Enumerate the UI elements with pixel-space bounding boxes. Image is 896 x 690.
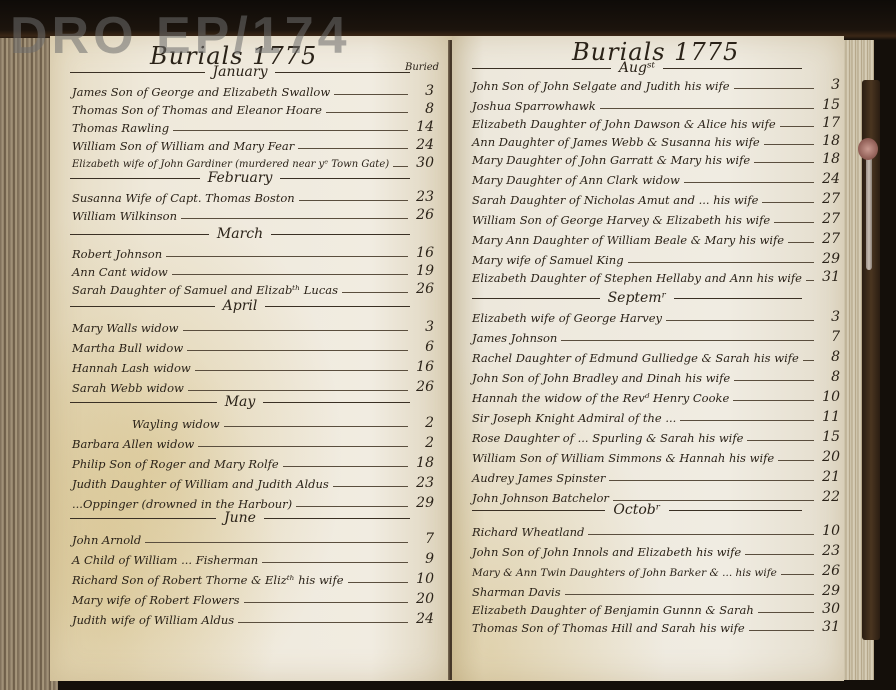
month-heading-june: June: [70, 510, 410, 526]
burial-entry: William Son of William and Mary Fear24: [72, 138, 434, 152]
burial-entry: John Arnold7: [72, 532, 434, 546]
right-page: Burials 1775 Augˢᵗ John Son of John Selg…: [452, 36, 844, 681]
burial-entry: Hannah Lash widow16: [72, 360, 434, 374]
burial-entry: James Son of George and Elizabeth Swallo…: [72, 84, 434, 98]
bookmark-ribbon: [866, 150, 872, 270]
buried-column-header: Buried: [405, 62, 439, 73]
burial-entry: Hannah the widow of the Revᵈ Henry Cooke…: [472, 390, 840, 404]
burial-entry: Judith wife of William Aldus24: [72, 612, 434, 626]
burial-entry: Audrey James Spinster21: [472, 470, 840, 484]
burial-entry: Judith Daughter of William and Judith Al…: [72, 476, 434, 490]
month-heading-august: Augˢᵗ: [472, 60, 802, 76]
burial-entry: Mary wife of Samuel King29: [472, 252, 840, 266]
burial-entry: William Wilkinson26: [72, 208, 434, 222]
burial-entry: James Johnson7: [472, 330, 840, 344]
burial-entry: Sarah Daughter of Nicholas Amut and ... …: [472, 192, 840, 206]
burial-entry: John Son of John Innols and Elizabeth hi…: [472, 544, 840, 558]
open-register-book: Burials 1775 Buried January James Son of…: [0, 0, 896, 690]
month-heading-march: March: [70, 226, 410, 242]
left-page: Burials 1775 Buried January James Son of…: [50, 36, 452, 681]
ribbon-knot: [858, 138, 878, 160]
burial-entry: Ann Daughter of James Webb & Susanna his…: [472, 134, 840, 148]
month-heading-april: April: [70, 298, 410, 314]
archive-reference-watermark: DRO EP/174: [10, 6, 351, 66]
burial-entry: Thomas Son of Thomas and Eleanor Hoare8: [72, 102, 434, 116]
burial-entry: Wayling widow2: [72, 416, 434, 430]
burial-entry: Rachel Daughter of Edmund Gulliedge & Sa…: [472, 350, 840, 364]
month-heading-september: Septemʳ: [472, 290, 802, 306]
month-heading-february: February: [70, 170, 410, 186]
burial-entry: William Son of George Harvey & Elizabeth…: [472, 212, 840, 226]
burial-entry: John Son of John Selgate and Judith his …: [472, 78, 840, 92]
burial-entry: Rose Daughter of ... Spurling & Sarah hi…: [472, 430, 840, 444]
burial-entry: Sarah Webb widow26: [72, 380, 434, 394]
burial-entry: Martha Bull widow6: [72, 340, 434, 354]
burial-entry: Elizabeth Daughter of John Dawson & Alic…: [472, 116, 840, 130]
burial-entry: Richard Wheatland10: [472, 524, 840, 538]
burial-entry: John Son of John Bradley and Dinah his w…: [472, 370, 840, 384]
burial-entry: Philip Son of Roger and Mary Rolfe18: [72, 456, 434, 470]
burial-entry: Mary Daughter of John Garratt & Mary his…: [472, 152, 840, 166]
burial-entry: Elizabeth wife of George Harvey3: [472, 310, 840, 324]
burial-entry: Joshua Sparrowhawk15: [472, 98, 840, 112]
burial-entry: Sharman Davis29: [472, 584, 840, 598]
burial-entry: Mary & Ann Twin Daughters of John Barker…: [472, 564, 840, 578]
burial-entry: Elizabeth Daughter of Benjamin Gunnn & S…: [472, 602, 840, 616]
month-heading-october: Octobʳ: [472, 502, 802, 518]
burial-entry: Robert Johnson16: [72, 246, 434, 260]
burial-entry: Elizabeth Daughter of Stephen Hellaby an…: [472, 270, 840, 284]
burial-entry: William Son of William Simmons & Hannah …: [472, 450, 840, 464]
burial-entry: A Child of William ... Fisherman9: [72, 552, 434, 566]
burial-entry: Thomas Son of Thomas Hill and Sarah his …: [472, 620, 840, 634]
burial-entry: Sarah Daughter of Samuel and Elizabᵗʰ Lu…: [72, 282, 434, 296]
month-heading-may: May: [70, 394, 410, 410]
burial-entry: Susanna Wife of Capt. Thomas Boston23: [72, 190, 434, 204]
burial-entry: Richard Son of Robert Thorne & Elizᵗʰ hi…: [72, 572, 434, 586]
burial-entry: Mary wife of Robert Flowers20: [72, 592, 434, 606]
burial-entry: Elizabeth wife of John Gardiner (murdere…: [72, 156, 434, 170]
burial-entry: Mary Walls widow3: [72, 320, 434, 334]
burial-entry: Barbara Allen widow2: [72, 436, 434, 450]
burial-entry: Sir Joseph Knight Admiral of the ...11: [472, 410, 840, 424]
month-heading-january: January: [70, 64, 410, 80]
burial-entry: Mary Ann Daughter of William Beale & Mar…: [472, 232, 840, 246]
burial-entry: ...Oppinger (drowned in the Harbour)29: [72, 496, 434, 510]
burial-entry: Ann Cant widow19: [72, 264, 434, 278]
burial-entry: Thomas Rawling14: [72, 120, 434, 134]
burial-entry: Mary Daughter of Ann Clark widow24: [472, 172, 840, 186]
